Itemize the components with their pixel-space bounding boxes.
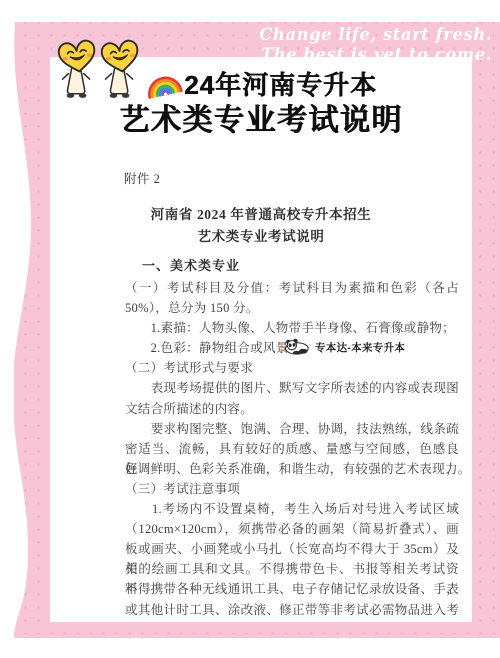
wavy-left-edge: [0, 22, 40, 638]
document-line: （二）考试形式与要求: [125, 358, 459, 378]
attachment-label: 附件 2: [124, 169, 160, 187]
section-title: 一、美术类专业: [142, 255, 240, 274]
document-line: （三）考试注意事项: [125, 479, 459, 499]
document-heading: 河南省 2024 年普通高校专升本招生 艺术类专业考试说明: [50, 204, 472, 247]
heart-character-icon: [54, 31, 101, 101]
document-line: 表现考场提供的图片、默写文字所表述的内容或表现图: [125, 378, 459, 398]
document-line: 密适当、流畅，具有较好的质感、量感与空间感，色感良好，: [125, 439, 459, 459]
document-line: 1.考场内不设置桌椅，考生入场后对号进入考试区域: [125, 499, 459, 519]
document-line: 或其他计时工具、涂改液、修正带等非考试必需物品进入考: [125, 600, 459, 620]
document-line: （120cm×120cm），须携带必备的画架（简易折叠式）、画: [125, 519, 459, 539]
rainbow-icon: [143, 68, 184, 100]
watermark-text: 专本达-本来专升本: [315, 340, 405, 355]
cover-title-line1-text: 24年河南专升本: [184, 70, 377, 100]
banner-script-line1: Change life, start fresh.: [250, 25, 492, 45]
document-line: 关的绘画工具和文具。不得携带色卡、书报等相关考试资料，: [125, 559, 459, 579]
document-heading-line2: 艺术类专业考试说明: [50, 226, 472, 248]
document-page: 24年河南专升本 艺术类专业考试说明 附件 2 河南省 2024 年普通高校专升…: [50, 57, 472, 622]
document-line: 1.素描：人物头像、人物带手半身像、石膏像或静物；: [125, 318, 459, 338]
document-line: 50%），总分为 150 分。: [125, 298, 459, 318]
heart-character-icon: [97, 31, 144, 101]
document-line: 板或画夹、小画凳或小马扎（长宽高均不得大于 35cm）及相: [125, 539, 459, 559]
document-line: 色调鲜明、色彩关系准确，和谐生动，有较强的艺术表现力。: [125, 459, 459, 479]
document-line: 不得携带各种无线通讯工具、电子存储记忆录放设备、手表: [125, 579, 459, 599]
document-body: （一）考试科目及分值：考试科目为素描和色彩（各占50%），总分为 150 分。 …: [125, 278, 459, 620]
panda-icon: [277, 338, 311, 356]
cover-title-line2: 艺术类专业考试说明: [50, 103, 472, 139]
document-heading-line1: 河南省 2024 年普通高校专升本招生: [50, 204, 472, 226]
watermark: 专本达-本来专升本: [277, 338, 405, 356]
heart-mascots: [54, 31, 144, 101]
document-line: 要求构图完整、饱满、合理、协调，技法熟练，线条疏: [125, 419, 459, 439]
document-line: （一）考试科目及分值：考试科目为素描和色彩（各占: [125, 278, 459, 298]
document-line: 文结合所描述的内容。: [125, 399, 459, 419]
